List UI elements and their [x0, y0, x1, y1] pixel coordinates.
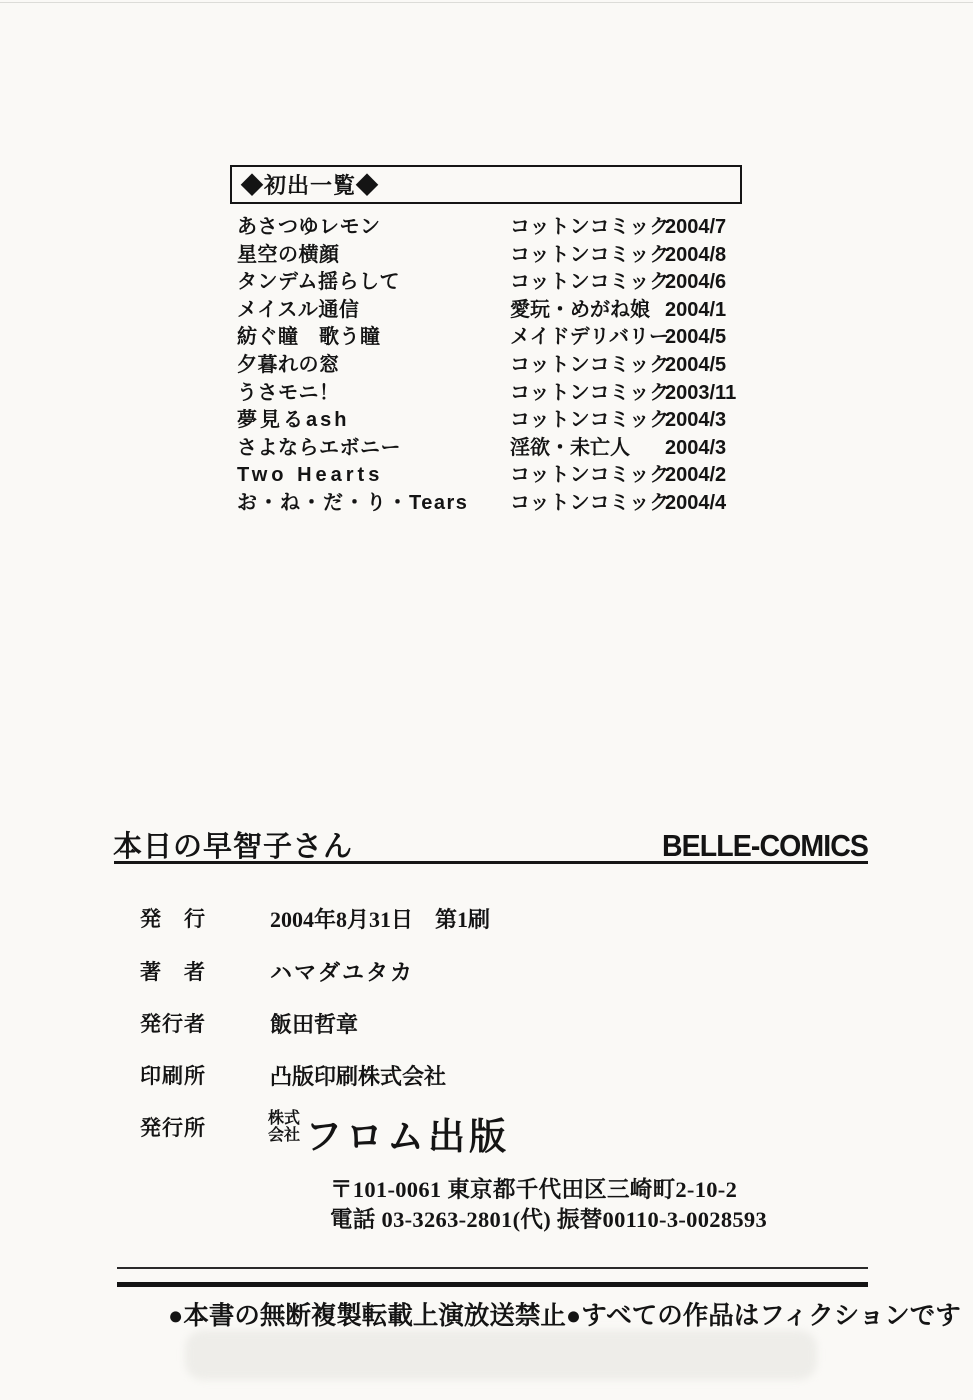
- works-row: Two Hearts コットンコミック 2004/2: [237, 462, 757, 490]
- work-date: 2004/7: [665, 214, 726, 242]
- work-title: 夢見るash: [237, 407, 510, 435]
- work-magazine: メイドデリバリー: [510, 324, 665, 352]
- publisher-phone-line: 電話 03-3263-2801(代) 振替00110-3-0028593: [330, 1202, 767, 1234]
- publisher-postal-address: 〒101-0061 東京都千代田区三崎町2-10-2: [330, 1172, 737, 1204]
- works-list: あさつゆレモン コットンコミック 2004/7 星空の横顔 コットンコミック 2…: [237, 214, 757, 518]
- work-magazine: コットンコミック: [510, 380, 665, 408]
- work-magazine: コットンコミック: [510, 269, 665, 297]
- work-magazine: コットンコミック: [510, 352, 665, 380]
- work-date: 2004/3: [665, 435, 726, 463]
- work-magazine: 愛玩・めがね娘: [510, 297, 665, 325]
- work-title: あさつゆレモン: [237, 214, 510, 242]
- title-divider: [114, 861, 868, 864]
- work-magazine: コットンコミック: [510, 242, 665, 270]
- work-magazine: コットンコミック: [510, 490, 665, 518]
- work-title: タンデム揺らして: [237, 269, 510, 297]
- footer-divider-thick: [117, 1282, 868, 1287]
- work-title: うさモニ！: [237, 380, 510, 408]
- works-row: 紡ぐ瞳 歌う瞳 メイドデリバリー 2004/5: [237, 324, 757, 352]
- works-row: 夢見るash コットンコミック 2004/3: [237, 407, 757, 435]
- publisher-corp-prefix: 株式 会社: [268, 1110, 300, 1144]
- work-date: 2004/1: [665, 297, 726, 325]
- colophon-value: ハマダユタカ: [270, 956, 414, 987]
- work-magazine: コットンコミック: [510, 214, 665, 242]
- colophon-row-publisher: 発行所 株式 会社 フロム出版: [140, 1112, 900, 1162]
- works-row: 星空の横顔 コットンコミック 2004/8: [237, 242, 757, 270]
- colophon-label: 著 者: [140, 956, 206, 986]
- copyright-notice: ●本書の無断複製転載上演放送禁止●すべての作品はフィクションです: [168, 1296, 888, 1332]
- work-title: メイスル通信: [237, 297, 510, 325]
- works-row: タンデム揺らして コットンコミック 2004/6: [237, 269, 757, 297]
- work-date: 2004/8: [665, 242, 726, 270]
- colophon-value: 2004年8月31日 第1刷: [270, 903, 490, 934]
- work-date: 2004/2: [665, 462, 726, 490]
- work-date: 2004/3: [665, 407, 726, 435]
- work-magazine: 淫欲・未亡人: [510, 435, 665, 463]
- work-title: 星空の横顔: [237, 242, 510, 270]
- scan-ghost-smudge: [185, 1330, 817, 1380]
- work-title: 紡ぐ瞳 歌う瞳: [237, 324, 510, 352]
- colophon-value: 飯田哲章: [270, 1008, 358, 1039]
- scan-top-hairline: [0, 2, 973, 3]
- works-row: さよならエボニー 淫欲・未亡人 2004/3: [237, 435, 757, 463]
- colophon-label: 発行者: [140, 1008, 206, 1038]
- works-row: あさつゆレモン コットンコミック 2004/7: [237, 214, 757, 242]
- colophon-row-author: 著 者 ハマダユタカ: [140, 956, 900, 982]
- work-date: 2004/5: [665, 352, 726, 380]
- work-magazine: コットンコミック: [510, 462, 665, 490]
- works-row: うさモニ！ コットンコミック 2003/11: [237, 380, 757, 408]
- work-magazine: コットンコミック: [510, 407, 665, 435]
- work-date: 2003/11: [665, 380, 736, 408]
- works-row: 夕暮れの窓 コットンコミック 2004/5: [237, 352, 757, 380]
- works-row: メイスル通信 愛玩・めがね娘 2004/1: [237, 297, 757, 325]
- footer-divider-thin: [117, 1267, 868, 1269]
- colophon-row-printer: 印刷所 凸版印刷株式会社: [140, 1060, 900, 1086]
- work-title: お・ね・だ・り・Tears: [237, 490, 510, 518]
- work-title: さよならエボニー: [237, 435, 510, 463]
- colophon-row-hakko: 発 行 2004年8月31日 第1刷: [140, 903, 900, 929]
- works-row: お・ね・だ・り・Tears コットンコミック 2004/4: [237, 490, 757, 518]
- works-header-label: ◆初出一覧◆: [232, 169, 379, 200]
- works-header-box: ◆初出一覧◆: [230, 165, 742, 204]
- work-date: 2004/5: [665, 324, 726, 352]
- colophon-label: 発行所: [140, 1112, 206, 1142]
- colophon-value: 凸版印刷株式会社: [270, 1060, 446, 1091]
- colophon-label: 発 行: [140, 903, 206, 933]
- work-title: Two Hearts: [237, 462, 510, 490]
- work-title: 夕暮れの窓: [237, 352, 510, 380]
- brand-logo: BELLE-COMICS: [69, 828, 868, 864]
- work-date: 2004/4: [665, 490, 726, 518]
- work-date: 2004/6: [665, 269, 726, 297]
- colophon-row-issuer: 発行者 飯田哲章: [140, 1008, 900, 1034]
- colophon-label: 印刷所: [140, 1060, 206, 1090]
- publisher-name: フロム出版: [305, 1106, 510, 1160]
